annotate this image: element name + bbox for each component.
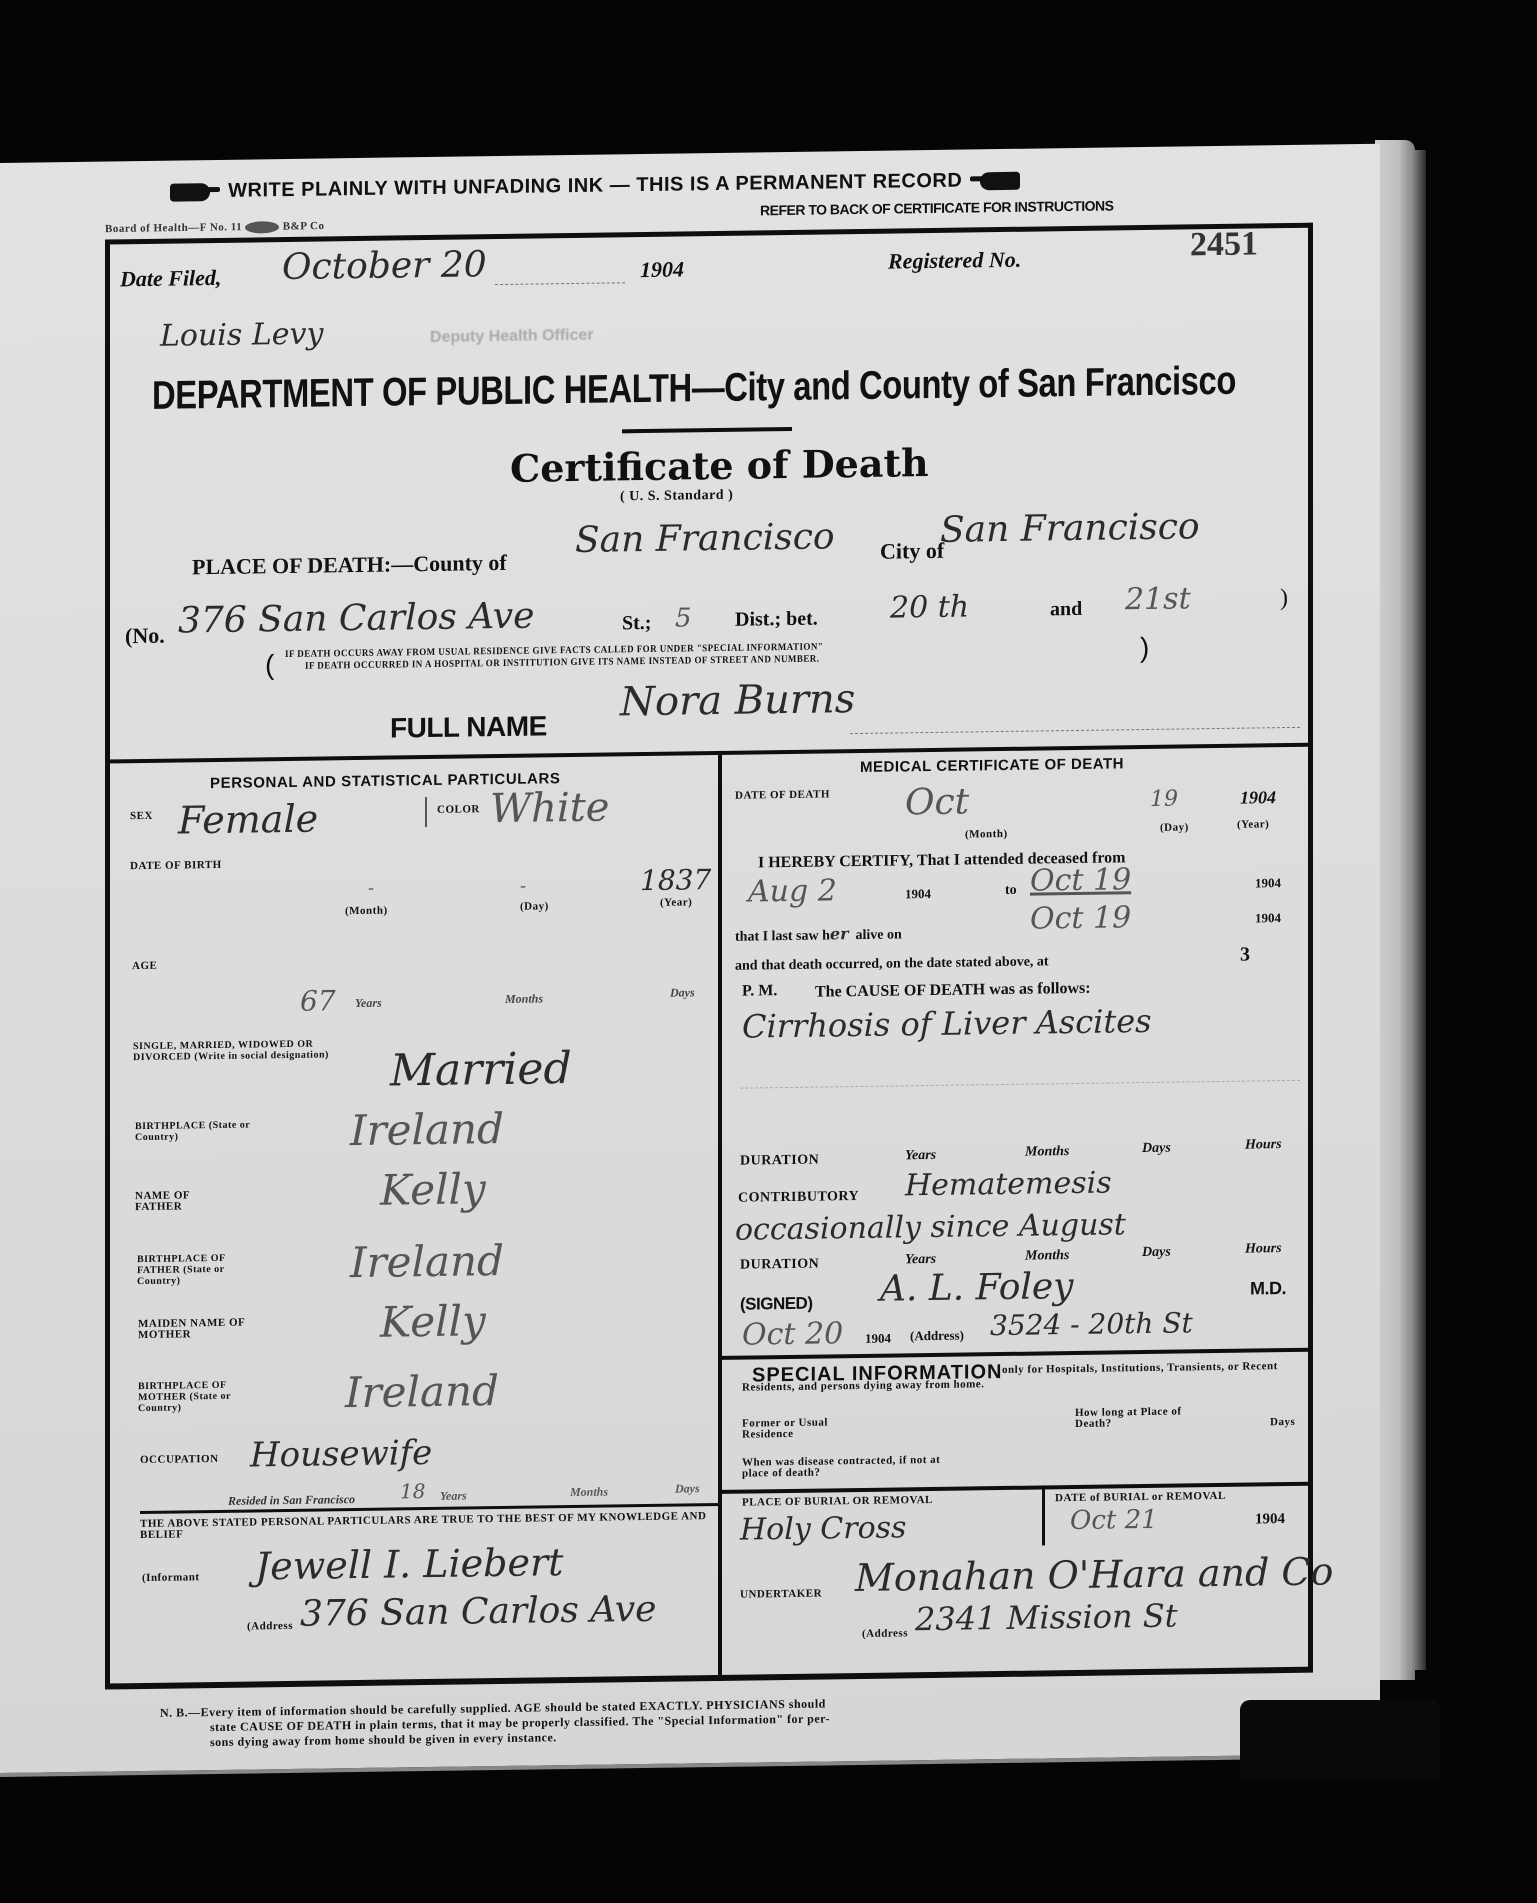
full-name-label: FULL NAME <box>390 710 547 744</box>
birthplace-label: BIRTHPLACE (State or Country) <box>135 1119 275 1143</box>
undertaker-address: 2341 Mission St <box>915 1597 1178 1639</box>
age-label: AGE <box>132 961 157 972</box>
birthplace-value: Ireland <box>350 1104 504 1155</box>
department-title: DEPARTMENT OF PUBLIC HEALTH—City and Cou… <box>152 359 1236 419</box>
last-saw-label: that I last saw her alive on <box>735 923 902 945</box>
color-label: COLOR <box>437 804 480 816</box>
contributory-line2: occasionally since August <box>735 1207 1126 1247</box>
binding-shadow <box>1240 1700 1440 1780</box>
death-hour: 3 <box>1240 944 1250 967</box>
death-occurred-text: and that death occurred, on the date sta… <box>735 954 1049 974</box>
sex-value: Female <box>178 797 318 843</box>
and-label: and <box>1050 598 1082 621</box>
contributory-value: Hematemesis <box>905 1165 1112 1203</box>
contributory-label: CONTRIBUTORY <box>738 1191 859 1204</box>
date-filed-label: Date Filed, <box>120 265 221 292</box>
registered-label: Registered No. <box>888 247 1021 275</box>
section-divider <box>105 743 1310 764</box>
title-rule <box>622 427 792 433</box>
how-long-label: How long at Place of Death? <box>1075 1406 1195 1430</box>
st-label: St.; <box>622 612 651 635</box>
physician-signature: A. L. Foley <box>880 1266 1074 1310</box>
street-address: 376 San Carlos Ave <box>178 596 534 642</box>
dod-month: Oct <box>905 781 969 823</box>
ampm: P. M. <box>742 982 777 1000</box>
instructions-ref: REFER TO BACK OF CERTIFICATE FOR INSTRUC… <box>760 197 1113 218</box>
mother-birthplace-value: Ireland <box>345 1366 499 1417</box>
occupation-label: OCCUPATION <box>140 1454 219 1466</box>
physician-address: 3524 - 20th St <box>990 1306 1193 1342</box>
burial-date: Oct 21 <box>1070 1505 1158 1536</box>
death-certificate: WRITE PLAINLY WITH UNFADING INK — THIS I… <box>0 144 1380 1777</box>
page-edge-shadow <box>1410 150 1426 1670</box>
signed-date: Oct 20 <box>742 1316 843 1352</box>
when-contracted-label: When was disease contracted, if not at p… <box>742 1455 942 1480</box>
dob-year: 1837 <box>640 863 711 897</box>
age-years: 67 <box>300 984 336 1017</box>
signed-label: (SIGNED) <box>740 1294 813 1315</box>
cause-label: The CAUSE OF DEATH was as follows: <box>815 980 1091 1002</box>
burial-date-label: DATE of BURIAL or REMOVAL <box>1055 1491 1226 1504</box>
marital-value: Married <box>390 1043 572 1097</box>
form-bottom-border <box>105 1667 1313 1690</box>
burial-place: Holy Cross <box>740 1510 906 1547</box>
resided-years: 18 <box>400 1479 425 1503</box>
dob-day: - <box>520 876 526 897</box>
dod-year: 1904 <box>1240 787 1276 809</box>
dob-label: DATE OF BIRTH <box>130 860 222 872</box>
page-edge <box>1375 140 1415 1680</box>
attended-from: Aug 2 <box>748 873 837 909</box>
footer-note: N. B.—Every item of information should b… <box>160 1696 830 1750</box>
marital-label: SINGLE, MARRIED, WIDOWED OR DIVORCED (Wr… <box>133 1038 373 1063</box>
informant-address-label: (Address <box>247 1621 293 1633</box>
dod-label: DATE OF DEATH <box>735 789 830 801</box>
place-of-death-label: PLACE OF DEATH:—County of <box>192 550 507 580</box>
ward-value: 5 <box>675 603 692 633</box>
form-left-border <box>105 239 110 1686</box>
mother-label: MAIDEN NAME OF MOTHER <box>138 1317 258 1341</box>
informant-statement: THE ABOVE STATED PERSONAL PARTICULARS AR… <box>140 1511 715 1541</box>
form-right-border <box>1308 223 1313 1670</box>
mother-birthplace-label: BIRTHPLACE OF MOTHER (State or Country) <box>138 1379 268 1414</box>
city-label: City of <box>880 538 944 565</box>
burial-place-label: PLACE OF BURIAL OR REMOVAL <box>742 1495 933 1509</box>
undertaker-label: UNDERTAKER <box>740 1589 822 1601</box>
seal-icon <box>245 221 279 233</box>
medical-heading: MEDICAL CERTIFICATE OF DEATH <box>860 755 1124 776</box>
dist-label: Dist.; bet. <box>735 608 818 632</box>
father-birthplace-value: Ireland <box>350 1236 504 1287</box>
date-filed-value: October 20 <box>282 244 487 288</box>
officer-title: Deputy Health Officer <box>430 327 594 347</box>
banner: WRITE PLAINLY WITH UNFADING INK — THIS I… <box>170 169 1020 204</box>
certificate-title: Certificate of Death <box>510 440 929 491</box>
registered-number: 2451 <box>1190 225 1258 264</box>
attended-to: Oct 19 <box>1030 862 1131 898</box>
informant-label: (Informant <box>142 1572 200 1584</box>
pointing-hand-icon <box>170 183 210 202</box>
father-value: Kelly <box>380 1164 486 1214</box>
duration-label-1: DURATION <box>740 1155 819 1167</box>
resided-label: Resided in San Francisco <box>228 1492 355 1509</box>
officer-signature: Louis Levy <box>160 316 323 353</box>
informant-address: 376 San Carlos Ave <box>300 1589 656 1635</box>
full-name-value: Nora Burns <box>620 676 855 725</box>
md-label: M.D. <box>1250 1278 1286 1300</box>
pointing-hand-icon <box>980 171 1020 190</box>
form-number: Board of Health—F No. 11 B&P Co <box>105 220 325 235</box>
undertaker-value: Monahan O'Hara and Co <box>855 1549 1333 1600</box>
street-no-label: (No. <box>125 623 165 650</box>
county-value: San Francisco <box>575 516 835 561</box>
sex-label: SEX <box>130 811 153 822</box>
dob-month: - <box>368 878 374 899</box>
between-street-2: 21st <box>1125 581 1191 617</box>
between-street-1: 20 th <box>890 589 969 625</box>
occupation-value: Housewife <box>250 1433 432 1476</box>
last-saw-date: Oct 19 <box>1030 900 1131 936</box>
former-residence-label: Former or Usual Residence <box>742 1417 862 1441</box>
father-label: NAME OF FATHER <box>135 1190 225 1213</box>
standard-label: ( U. S. Standard ) <box>620 490 733 503</box>
duration-label-2: DURATION <box>740 1259 819 1271</box>
color-value: White <box>490 784 609 832</box>
cause-value: Cirrhosis of Liver Ascites <box>742 1002 1152 1046</box>
informant-value: Jewell I. Liebert <box>255 1540 563 1588</box>
father-birthplace-label: BIRTHPLACE OF FATHER (State or Country) <box>137 1252 267 1287</box>
dod-day: 19 <box>1150 787 1178 812</box>
column-divider <box>718 751 722 1681</box>
city-value: San Francisco <box>940 506 1200 551</box>
mother-value: Kelly <box>380 1296 486 1346</box>
date-filed-year: 1904 <box>640 256 684 283</box>
